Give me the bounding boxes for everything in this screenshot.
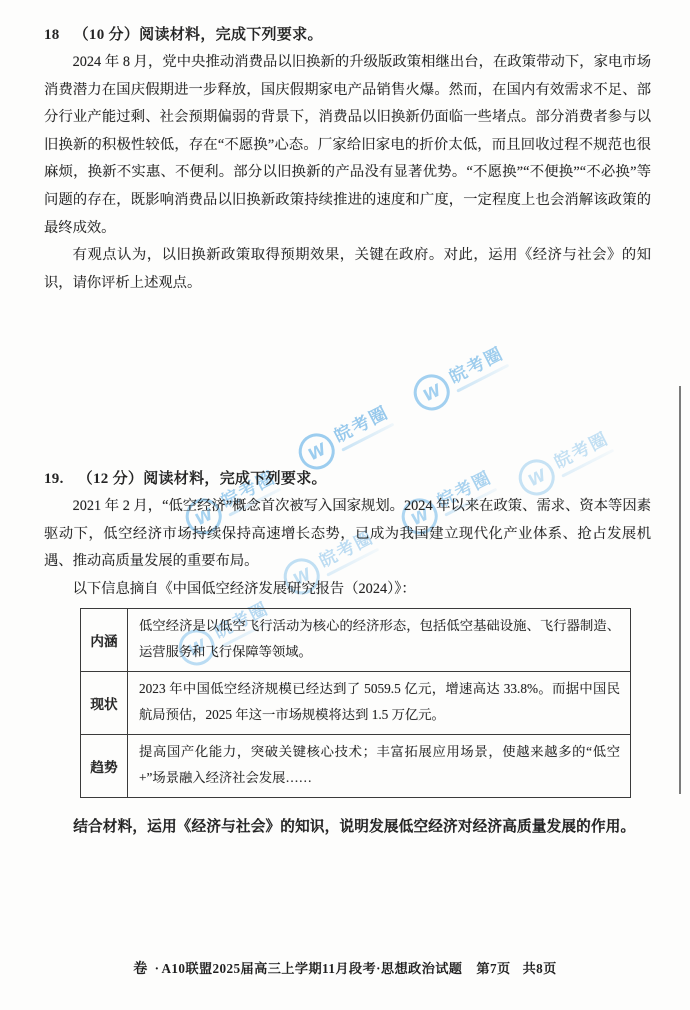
- table-row-label: 内涵: [81, 609, 128, 671]
- question-18-viewpoint-paragraph: 有观点认为，以旧换新政策取得预期效果，关键在政府。对此，运用《经济与社会》的知识…: [44, 242, 651, 297]
- watermark-label: 皖考圈: [332, 404, 392, 447]
- question-19-material-paragraph: 2021 年 2 月，“低空经济”概念首次被写入国家规划。2024 年以来在政策…: [44, 493, 651, 576]
- watermark-monogram-icon: W: [408, 368, 456, 416]
- question-19-header: 19.（12 分）阅读材料，完成下列要求。: [44, 466, 651, 493]
- watermark-subtext-line: [341, 423, 394, 452]
- table-row-label: 趋势: [81, 735, 128, 797]
- table-row: 现状2023 年中国低空经济规模已经达到了 5059.5 亿元，增速高达 33.…: [81, 672, 630, 735]
- watermark-subtext-line: [456, 364, 509, 393]
- question-18-header: 18（10 分）阅读材料，完成下列要求。: [44, 22, 651, 49]
- exam-page-scan: W皖考圈W皖考圈W皖考圈W皖考圈W皖考圈W皖考圈W皖考圈 18（10 分）阅读材…: [0, 0, 690, 1010]
- question-18-header-text: （10 分）阅读材料，完成下列要求。: [74, 27, 323, 43]
- question-18-number: 18: [44, 27, 60, 43]
- footer-page-number: 第7页: [476, 961, 510, 976]
- table-row-content: 2023 年中国低空经济规模已经达到了 5059.5 亿元，增速高达 33.8%…: [128, 672, 630, 734]
- page-footer: 卷·A10联盟2025届高三上学期11月段考·思想政治试题第7页共8页: [0, 958, 690, 978]
- table-row-content: 低空经济是以低空飞行活动为核心的经济形态，包括低空基础设施、飞行器制造、运营服务…: [128, 609, 630, 671]
- table-row-label: 现状: [81, 672, 128, 734]
- watermark: W皖考圈: [408, 339, 513, 416]
- footer-exam-title: A10联盟2025届高三上学期11月段考·思想政治试题: [161, 961, 462, 976]
- low-altitude-economy-table: 内涵低空经济是以低空飞行活动为核心的经济形态，包括低空基础设施、飞行器制造、运营…: [80, 608, 631, 798]
- question-19-number: 19.: [44, 471, 64, 487]
- question-19-section: 19.（12 分）阅读材料，完成下列要求。 2021 年 2 月，“低空经济”概…: [44, 466, 651, 855]
- table-row: 内涵低空经济是以低空飞行活动为核心的经济形态，包括低空基础设施、飞行器制造、运营…: [81, 609, 630, 672]
- question-19-task-paragraph: 结合材料，运用《经济与社会》的知识，说明发展低空经济对经济高质量发展的作用。: [44, 814, 651, 841]
- scan-line-artifact: [679, 386, 681, 794]
- table-row: 趋势提高国产化能力，突破关键核心技术；丰富拓展应用场景，使越来越多的“低空+”场…: [81, 735, 630, 797]
- question-18-material-paragraph: 2024 年 8 月，党中央推动消费品以旧换新的升级版政策相继出台，在政策带动下…: [44, 49, 651, 242]
- watermark-label: 皖考圈: [447, 345, 507, 388]
- question-18-section: 18（10 分）阅读材料，完成下列要求。 2024 年 8 月，党中央推动消费品…: [44, 22, 651, 297]
- question-19-source-line: 以下信息摘自《中国低空经济发展研究报告（2024）》：: [44, 576, 651, 603]
- footer-total-pages: 共8页: [523, 961, 557, 976]
- footer-separator: ·: [155, 961, 160, 976]
- footer-logo-glyph: 卷: [133, 962, 147, 977]
- watermark: W皖考圈: [293, 398, 398, 475]
- table-row-content: 提高国产化能力，突破关键核心技术；丰富拓展应用场景，使越来越多的“低空+”场景融…: [128, 735, 630, 797]
- question-19-header-text: （12 分）阅读材料，完成下列要求。: [78, 471, 327, 487]
